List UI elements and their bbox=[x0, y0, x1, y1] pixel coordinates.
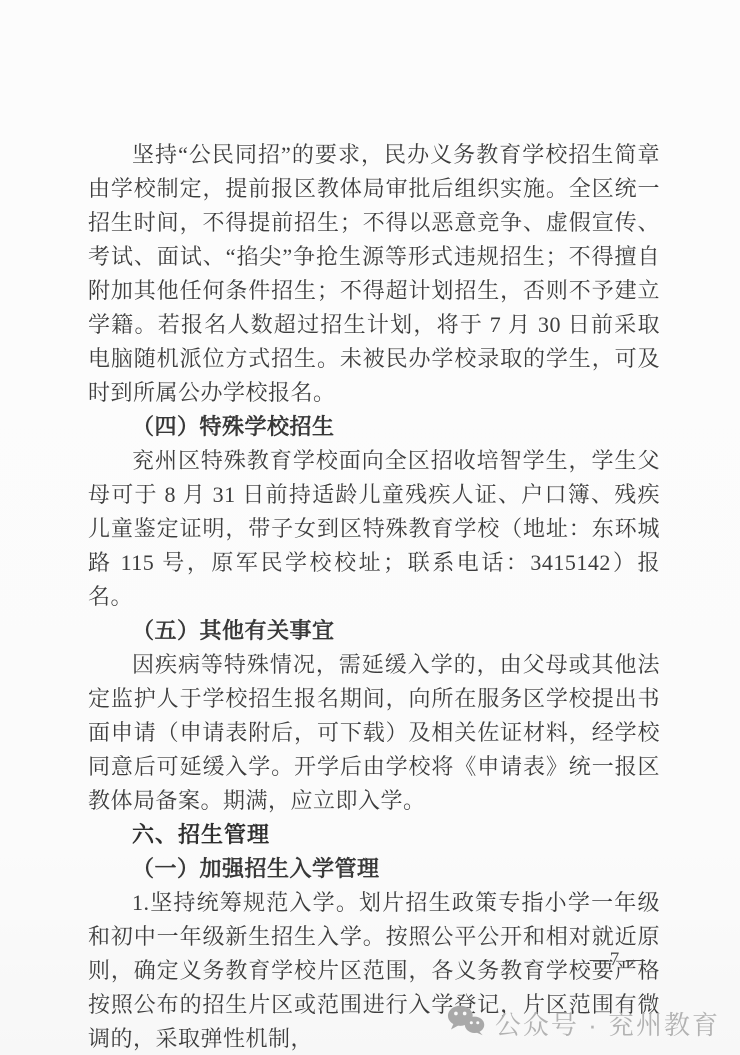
heading-enrollment-management: 六、招生管理 bbox=[88, 818, 660, 852]
paragraph-special-school-details: 兖州区特殊教育学校面向全区招收培智学生，学生父母可于 8 月 31 日前持适龄儿… bbox=[88, 444, 660, 614]
paragraph-private-school-enrollment-rules: 坚持“公民同招”的要求，民办义务教育学校招生简章由学校制定，提前报区教体局审批后… bbox=[88, 138, 660, 410]
heading-other-matters: （五）其他有关事宜 bbox=[88, 614, 660, 648]
watermark-text: 公众号 · 兖州教育 bbox=[495, 1005, 720, 1042]
paragraph-deferred-enrollment: 因疾病等特殊情况，需延缓入学的，由父母或其他法定监护人于学校招生报名期间，向所在… bbox=[88, 648, 660, 818]
heading-special-school-enrollment: （四）特殊学校招生 bbox=[88, 410, 660, 444]
heading-strengthen-enrollment-management: （一）加强招生入学管理 bbox=[88, 852, 660, 886]
page-number: —7 — bbox=[590, 949, 646, 971]
document-body: 坚持“公民同招”的要求，民办义务教育学校招生简章由学校制定，提前报区教体局审批后… bbox=[88, 138, 660, 1055]
document-page: 坚持“公民同招”的要求，民办义务教育学校招生简章由学校制定，提前报区教体局审批后… bbox=[0, 0, 740, 1055]
watermark: 公众号 · 兖州教育 bbox=[447, 1004, 720, 1042]
wechat-icon bbox=[447, 1004, 485, 1042]
